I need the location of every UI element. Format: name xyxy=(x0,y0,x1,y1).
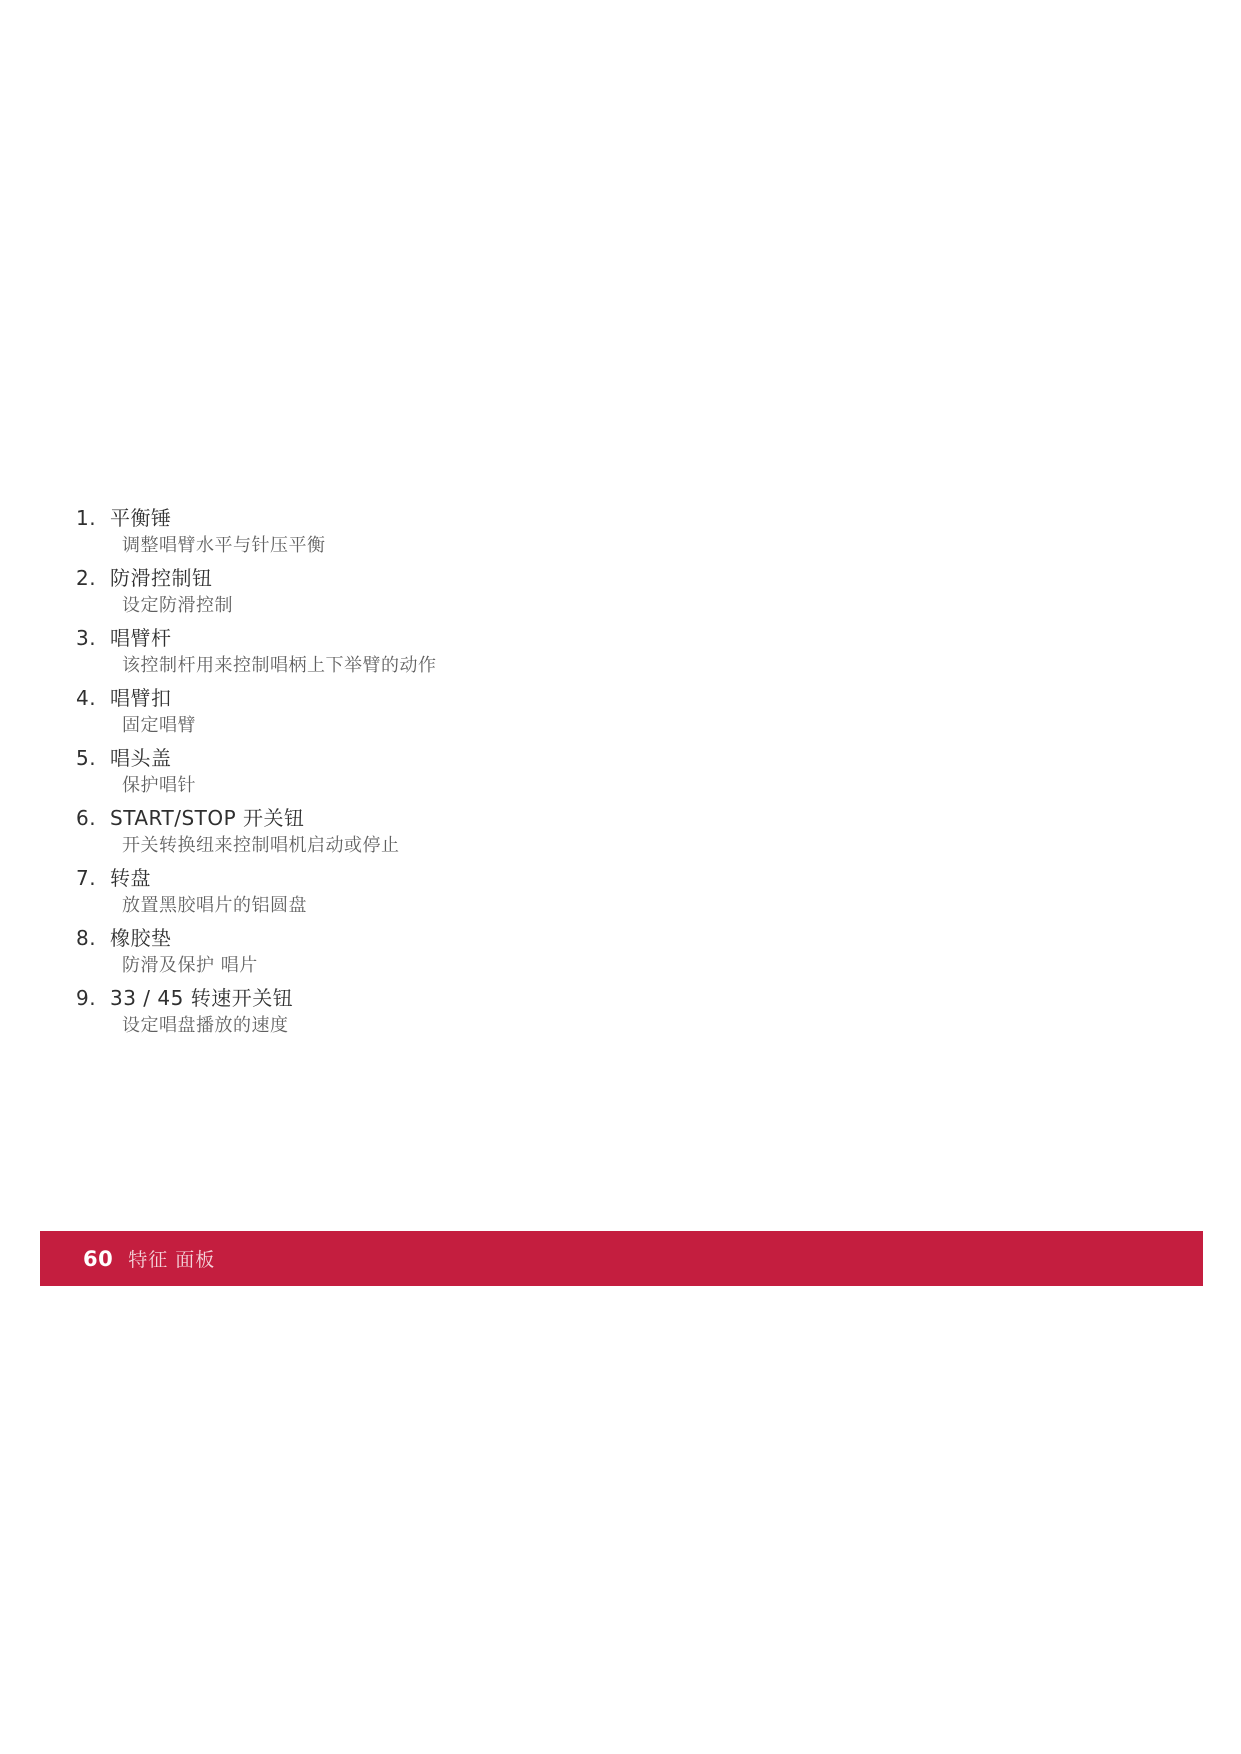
item-number: 7. xyxy=(76,864,110,892)
feature-title: 9.33 / 45 转速开关钮 xyxy=(76,984,976,1012)
feature-description: 调整唱臂水平与针压平衡 xyxy=(122,532,976,560)
item-number: 3. xyxy=(76,624,110,652)
item-title-text: 防滑控制钮 xyxy=(110,566,213,590)
item-number: 1. xyxy=(76,504,110,532)
item-title-text: 平衡锤 xyxy=(110,506,172,530)
list-item: 3.唱臂杆 该控制杆用来控制唱柄上下举臂的动作 xyxy=(76,624,976,680)
manual-page: 1.平衡锤 调整唱臂水平与针压平衡 2.防滑控制钮 设定防滑控制 3.唱臂杆 该… xyxy=(0,0,1241,1754)
feature-title: 2.防滑控制钮 xyxy=(76,564,976,592)
list-item: 5.唱头盖 保护唱针 xyxy=(76,744,976,800)
footer-section-title: 特征 面板 xyxy=(128,1245,215,1272)
item-title-text: 唱臂扣 xyxy=(110,686,172,710)
feature-description: 防滑及保护 唱片 xyxy=(122,952,976,980)
item-number: 5. xyxy=(76,744,110,772)
feature-title: 6.START/STOP 开关钮 xyxy=(76,804,976,832)
feature-description: 设定唱盘播放的速度 xyxy=(122,1012,976,1040)
list-item: 4.唱臂扣 固定唱臂 xyxy=(76,684,976,740)
list-item: 8.橡胶垫 防滑及保护 唱片 xyxy=(76,924,976,980)
item-number: 2. xyxy=(76,564,110,592)
feature-description: 放置黑胶唱片的铝圆盘 xyxy=(122,892,976,920)
item-title-text: 唱头盖 xyxy=(110,746,172,770)
list-item: 2.防滑控制钮 设定防滑控制 xyxy=(76,564,976,620)
feature-description: 固定唱臂 xyxy=(122,712,976,740)
list-item: 7.转盘 放置黑胶唱片的铝圆盘 xyxy=(76,864,976,920)
feature-description: 保护唱针 xyxy=(122,772,976,800)
feature-list: 1.平衡锤 调整唱臂水平与针压平衡 2.防滑控制钮 设定防滑控制 3.唱臂杆 该… xyxy=(76,504,976,1044)
feature-description: 设定防滑控制 xyxy=(122,592,976,620)
item-number: 9. xyxy=(76,984,110,1012)
feature-description: 该控制杆用来控制唱柄上下举臂的动作 xyxy=(122,652,976,680)
feature-title: 3.唱臂杆 xyxy=(76,624,976,652)
item-title-text: 转盘 xyxy=(110,866,151,890)
list-item: 1.平衡锤 调整唱臂水平与针压平衡 xyxy=(76,504,976,560)
feature-title: 1.平衡锤 xyxy=(76,504,976,532)
feature-title: 5.唱头盖 xyxy=(76,744,976,772)
list-item: 9.33 / 45 转速开关钮 设定唱盘播放的速度 xyxy=(76,984,976,1040)
item-title-text: 唱臂杆 xyxy=(110,626,172,650)
item-number: 4. xyxy=(76,684,110,712)
page-number: 60 xyxy=(83,1247,113,1271)
feature-description: 开关转换纽来控制唱机启动或停止 xyxy=(122,832,976,860)
feature-title: 8.橡胶垫 xyxy=(76,924,976,952)
item-number: 8. xyxy=(76,924,110,952)
list-item: 6.START/STOP 开关钮 开关转换纽来控制唱机启动或停止 xyxy=(76,804,976,860)
item-number: 6. xyxy=(76,804,110,832)
feature-title: 4.唱臂扣 xyxy=(76,684,976,712)
item-title-text: 橡胶垫 xyxy=(110,926,172,950)
footer-bar: 60 特征 面板 xyxy=(40,1231,1203,1286)
feature-title: 7.转盘 xyxy=(76,864,976,892)
item-title-text: START/STOP 开关钮 xyxy=(110,806,305,830)
item-title-text: 33 / 45 转速开关钮 xyxy=(110,986,293,1010)
